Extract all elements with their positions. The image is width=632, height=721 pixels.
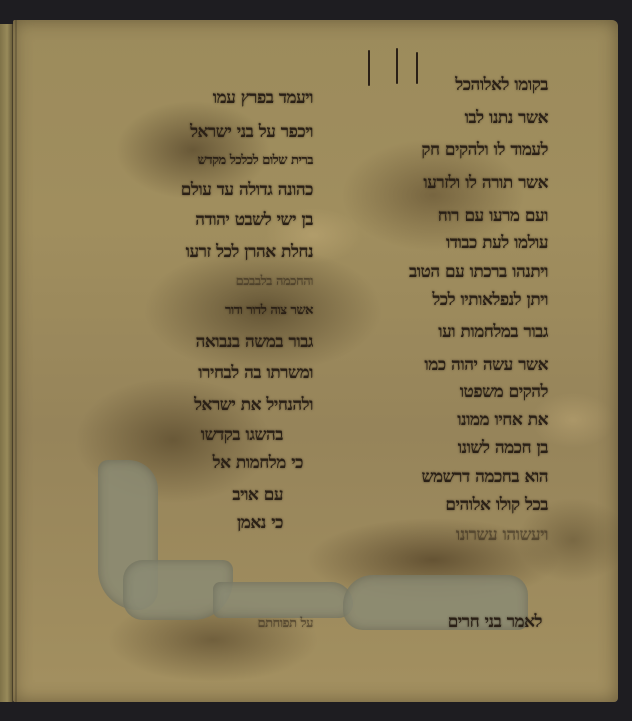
text-line: בן ישי לשבט יהודה <box>195 210 313 230</box>
text-line: ויתן לנפלאותיו לכל <box>432 290 548 310</box>
text-line: לאמר בני חרים <box>448 612 542 632</box>
left-column: ויעמד בפרץ עמו ויכפר על בני ישראל ברית ש… <box>73 20 313 702</box>
text-line: ועם מרעו עם רוח <box>438 206 548 226</box>
text-line: ברית שלום לכלכל מקדש <box>198 152 313 168</box>
text-line: ויעשוהו עשרונו <box>456 525 548 545</box>
text-line: אשר תורה לו ולזרעו <box>423 173 548 193</box>
text-line: כי מלחמות אל <box>213 453 303 473</box>
text-line: הוא בחכמה דרשמש <box>422 467 548 487</box>
text-line: לעמוד לו ולהקים חק <box>421 140 548 160</box>
text-line: כהונה גדולה עד עולם <box>181 180 313 200</box>
text-line: אשר צוה לדור ודור <box>225 302 313 318</box>
text-line: ולהנחיל את ישראל <box>194 395 313 415</box>
text-line: את אחיו ממונו <box>457 410 548 430</box>
text-line: על תפוחתם <box>257 615 313 631</box>
text-line: נחלת אהרן לכל זרעו <box>186 242 313 262</box>
ascender-stroke <box>416 52 418 84</box>
text-line: להקים משפטו <box>460 382 548 402</box>
text-line: והחכמה בלבבכם <box>236 273 313 289</box>
text-line: ויעמד בפרץ עמו <box>213 88 313 108</box>
manuscript-leaf: בקומו לאלוהכל אשר נתנו לבו לעמוד לו ולהק… <box>13 20 618 702</box>
text-line: בהשגו בקדשו <box>201 425 283 445</box>
text-line: עולמו לעת כבודו <box>446 233 548 253</box>
text-line: ויתנהו ברכתו עם הטוב <box>409 262 548 282</box>
text-line: גבור במלחמות ועו <box>438 322 548 342</box>
right-column: בקומו לאלוהכל אשר נתנו לבו לעמוד לו ולהק… <box>308 20 548 702</box>
text-line: גבור במשה בנבואה <box>196 332 313 352</box>
binding-edge <box>0 24 13 702</box>
text-line: אשר נתנו לבו <box>465 108 548 128</box>
gutter-line <box>15 20 17 702</box>
text-line: ויכפר על בני ישראל <box>190 122 313 142</box>
photo-frame: בקומו לאלוהכל אשר נתנו לבו לעמוד לו ולהק… <box>0 0 632 721</box>
ascender-stroke <box>368 50 370 86</box>
text-line: עם אויב <box>232 485 283 505</box>
text-line: בקומו לאלוהכל <box>455 75 548 95</box>
ascender-stroke <box>396 48 398 84</box>
text-line: אשר עשה יהוה כמו <box>424 355 548 375</box>
text-line: כי נאמן <box>237 513 283 533</box>
text-line: בן חכמה לשונו <box>458 438 548 458</box>
text-line: ומשרתו בה לבחירו <box>198 363 313 383</box>
text-line: בכל קולו אלוהים <box>445 495 548 515</box>
